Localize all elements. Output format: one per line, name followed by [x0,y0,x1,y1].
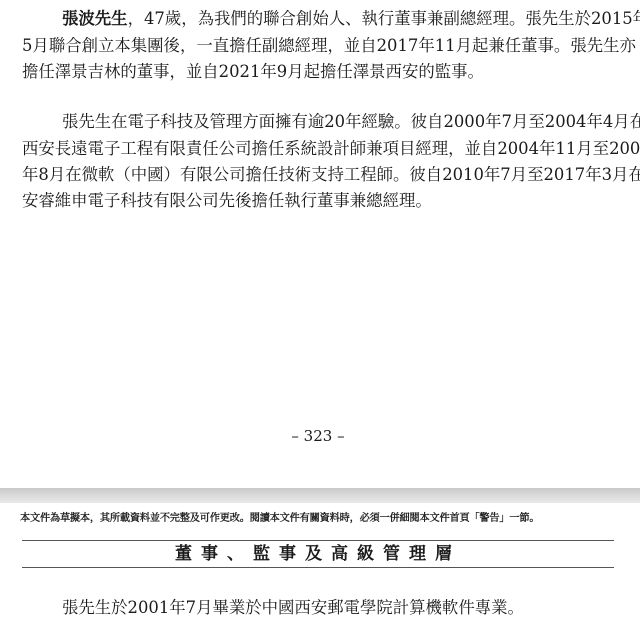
paragraph-line: 安睿維申電子科技有限公司先後擔任執行董事兼總經理。 [22,190,614,212]
paragraph-line: 西安長遠電子工程有限責任公司擔任系統設計師兼項目經理，並自2004年11月至20… [22,138,614,160]
paragraph-line: 5月聯合創立本集團後，一直擔任副總經理，並自2017年11月起兼任董事。張先生亦 [22,35,614,57]
paragraph-line: 張先生在電子科技及管理方面擁有逾20年經驗。彼自2000年7月至2004年4月在 [62,111,614,133]
paragraph-line: 張波先生，47歲，為我們的聯合創始人、執行董事兼副總經理。張先生於2015年 [62,8,614,30]
section-title-bottom-rule [22,567,614,568]
line-text: ，47歲，為我們的聯合創始人、執行董事兼副總經理。張先生於2015年 [128,9,640,28]
page-number: – 323 – [0,426,636,446]
paragraph-line: 擔任澤景吉林的董事，並自2021年9月起擔任澤景西安的監事。 [22,61,614,83]
section-title: 董事、監事及高級管理層 [22,543,614,565]
paragraph-line: 張先生於2001年7月畢業於中國西安郵電學院計算機軟件專業。 [62,597,614,619]
page-break-separator [0,488,640,503]
person-name: 張波先生 [62,9,128,28]
section-title-top-rule [22,540,614,541]
paragraph-line: 年8月在微軟（中國）有限公司擔任技術支持工程師。彼自2010年7月至2017年3… [22,164,614,186]
draft-disclaimer: 本文件為草擬本，其所載資料並不完整及可作更改。閱讀本文件有關資料時，必須一併細閱… [20,512,620,526]
